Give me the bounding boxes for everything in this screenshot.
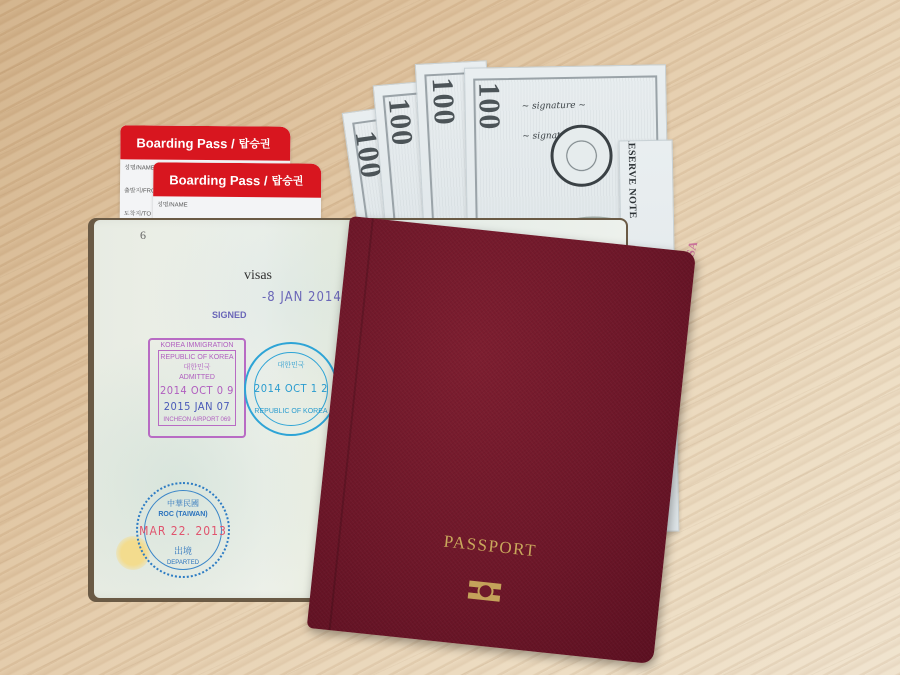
boarding-pass-header: Boarding Pass / 탑승권 [120, 125, 290, 160]
boarding-pass-header: Boarding Pass / 탑승권 [153, 162, 321, 197]
taiwan-departure-stamp: 中華民國 ROC (TAIWAN) MAR 22. 2013 出境 DEPART… [136, 482, 230, 578]
page-number: 6 [140, 228, 146, 243]
signature: ~ signature ~ [522, 101, 586, 112]
biometric-chip-icon [468, 580, 502, 601]
korea-admitted-stamp: KOREA IMMIGRATION REPUBLIC OF KOREA 대한민국… [148, 338, 246, 438]
denomination-label: 100 [425, 77, 461, 127]
closed-passport: PASSPORT [307, 216, 696, 664]
wooden-table-scene: 100 100 100 100 ~ signature ~ ~ signatur… [0, 0, 900, 675]
denomination-label: 100 [471, 82, 506, 131]
federal-reserve-note-label: FEDERAL RESERVE NOTE [625, 140, 638, 219]
korea-exit-stamp: 대한민국 2014 OCT 1 2 REPUBLIC OF KOREA [244, 342, 338, 436]
denomination-label: 100 [381, 97, 419, 148]
passport-title: PASSPORT [316, 518, 664, 574]
